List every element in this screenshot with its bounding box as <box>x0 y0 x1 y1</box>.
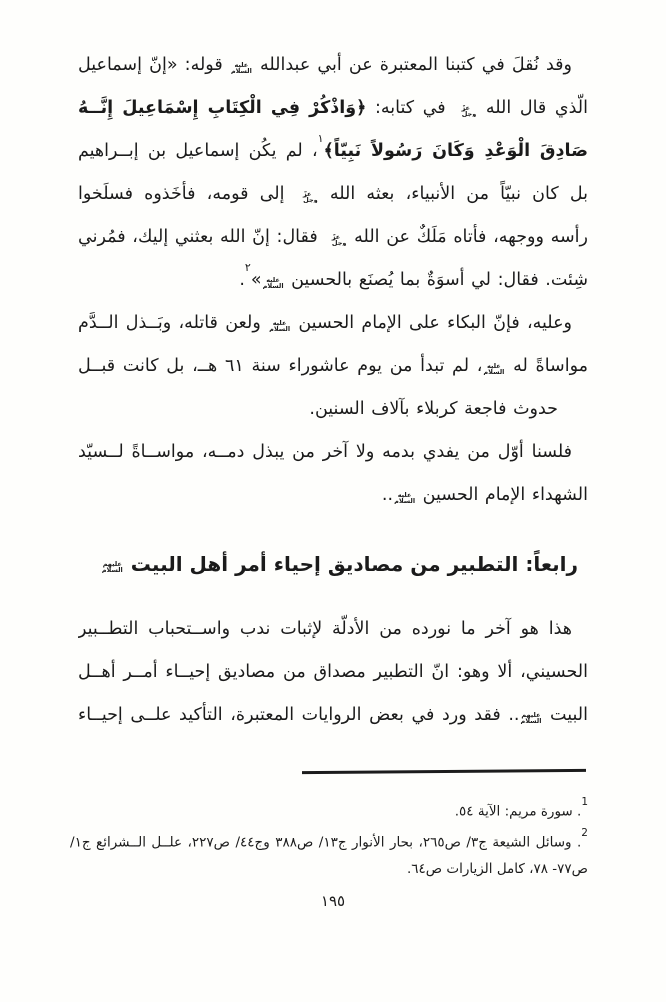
text-segment: الشهداء الإمام الحسين <box>416 485 588 505</box>
text-segment: رأسه ووجهه، فأتاه مَلَكٌ عن الله <box>347 227 588 247</box>
text-segment: الّذي قال الله <box>477 98 588 118</box>
honorific-azza-wajalla-seal: عزّ وجلّ <box>455 105 476 117</box>
footnote-2-text: . وسائل الشيعة ج٣/ ص٢٦٥، بحار الأنوار ج١… <box>70 835 581 851</box>
footnote-2-marker: 2 <box>581 827 588 839</box>
text-segment: بل كان نبيّاً من الأنبياء، بعثه الله <box>319 184 588 204</box>
text-segment: .. <box>382 485 393 505</box>
quran-verse-segment: صَادِقَ الْوَعْدِ وَكَانَ رَسُولاً نَبِي… <box>324 141 588 161</box>
text-segment: .. فقد ورد في بعض الروايات المعتبرة، الت… <box>78 705 519 725</box>
text-line: الّذي قال الله عزّ وجلّ في كتابه: ﴿وَاذْ… <box>78 87 588 130</box>
paragraph-final-evidence: هذا هو آخر ما نورده من الأدلّة لإثبات ند… <box>78 608 588 737</box>
text-line: بل كان نبيّاً من الأنبياء، بعثه الله عزّ… <box>78 173 588 216</box>
honorific-alayhis-salam-seal: عليه السلام <box>483 363 504 375</box>
main-text-block: وقد نُقلَ في كتبنا المعتبرة عن أبي عبدال… <box>78 44 588 737</box>
text-segment: فلسنا أوّل من يفدي بدمه ولا آخر من يبذل … <box>78 442 572 462</box>
footnote-2-line-1: 2. وسائل الشيعة ج٣/ ص٢٦٥، بحار الأنوار ج… <box>70 823 588 854</box>
text-segment: هذا هو آخر ما نورده من الأدلّة لإثبات ند… <box>78 619 572 639</box>
text-segment: قوله: «إنّ إسماعيل <box>78 55 230 75</box>
text-line: هذا هو آخر ما نورده من الأدلّة لإثبات ند… <box>78 608 588 651</box>
text-line: الشهداء الإمام الحسين عليه السلام.. <box>78 474 588 517</box>
paragraph-hadith-ismail: وقد نُقلَ في كتبنا المعتبرة عن أبي عبدال… <box>78 44 588 302</box>
honorific-azza-wajalla-seal: عزّ وجلّ <box>325 234 346 246</box>
text-segment: » <box>251 270 262 290</box>
honorific-alayhis-salam-seal: عليه السلام <box>269 320 290 332</box>
text-line: شِئت. فقال: لي أسوَةٌ بما يُصنَع بالحسين… <box>78 259 588 302</box>
honorific-alayhis-salam-seal: عليه السلام <box>394 492 415 504</box>
honorific-alayhis-salam-seal: عليه السلام <box>231 62 252 74</box>
footnote-2-line-2: ص٧٧- ٧٨، كامل الزيارات ص٦٤. <box>70 854 588 885</box>
page-number: ١٩٥ <box>0 892 666 910</box>
text-segment: ، لم تبدأ من يوم عاشوراء سنة ٦١ هــ، بل … <box>78 356 482 376</box>
text-segment: في كتابه: <box>366 98 454 118</box>
paragraph-not-first-to-sacrifice: فلسنا أوّل من يفدي بدمه ولا آخر من يبذل … <box>78 431 588 517</box>
footnotes-block: 1. سورة مريم: الآية ٥٤. 2. وسائل الشيعة … <box>70 792 588 885</box>
footnote-2-text-continued: ص٧٧- ٧٨، كامل الزيارات ص٦٤. <box>407 861 588 877</box>
text-segment: وعليه، فإنّ البكاء على الإمام الحسين <box>291 313 572 333</box>
text-segment: ولعن قاتله، وبَــذل الــدَّم <box>78 313 268 333</box>
footnote-1-text: . سورة مريم: الآية ٥٤. <box>455 804 582 820</box>
text-segment: الحسيني، ألا وهو: انّ التطبير مصداق من م… <box>78 662 588 682</box>
footnote-ref-1: ١ <box>318 132 324 145</box>
book-page-scan: وقد نُقلَ في كتبنا المعتبرة عن أبي عبدال… <box>0 0 666 1002</box>
text-line: صَادِقَ الْوَعْدِ وَكَانَ رَسُولاً نَبِي… <box>78 130 588 173</box>
text-line: وقد نُقلَ في كتبنا المعتبرة عن أبي عبدال… <box>78 44 588 87</box>
footnote-1-marker: 1 <box>581 796 588 808</box>
text-segment: ، لم يكُن إسماعيل بن إبــراهيم <box>78 141 318 161</box>
text-line: رأسه ووجهه، فأتاه مَلَكٌ عن الله عزّ وجل… <box>78 216 588 259</box>
text-segment: حدوث فاجعة كربلاء بآلاف السنين. <box>309 399 558 419</box>
text-line: الحسيني، ألا وهو: انّ التطبير مصداق من م… <box>78 651 588 694</box>
footnote-separator-line <box>302 769 586 774</box>
paragraph-mourning-before-karbala: وعليه، فإنّ البكاء على الإمام الحسين علي… <box>78 302 588 431</box>
text-line: حدوث فاجعة كربلاء بآلاف السنين. <box>78 388 588 431</box>
honorific-alayhim-salam-seal: عليهم السلام <box>520 712 541 724</box>
text-line: مواساةً له عليه السلام، لم تبدأ من يوم ع… <box>78 345 588 388</box>
section-heading-text: رابعاً: التطبير من مصاديق إحياء أمر أهل … <box>124 552 578 576</box>
text-segment: البيت <box>542 705 588 725</box>
text-segment: وقد نُقلَ في كتبنا المعتبرة عن أبي عبدال… <box>253 55 572 75</box>
text-segment: شِئت. فقال: لي أسوَةٌ بما يُصنَع بالحسين <box>285 270 588 290</box>
section-heading-tatbir: رابعاً: التطبير من مصاديق إحياء أمر أهل … <box>78 541 588 587</box>
text-line: وعليه، فإنّ البكاء على الإمام الحسين علي… <box>78 302 588 345</box>
text-line: البيت عليهم السلام.. فقد ورد في بعض الرو… <box>78 694 588 737</box>
honorific-azza-wajalla-seal: عزّ وجلّ <box>297 191 318 203</box>
footnote-1: 1. سورة مريم: الآية ٥٤. <box>70 792 588 823</box>
text-segment: مواساةً له <box>505 356 588 376</box>
honorific-alayhim-salam-seal: عليهم السلام <box>102 561 123 573</box>
text-line: فلسنا أوّل من يفدي بدمه ولا آخر من يبذل … <box>78 431 588 474</box>
footnote-ref-2: ٢ <box>245 261 251 274</box>
honorific-alayhis-salam-seal: عليه السلام <box>263 277 284 289</box>
